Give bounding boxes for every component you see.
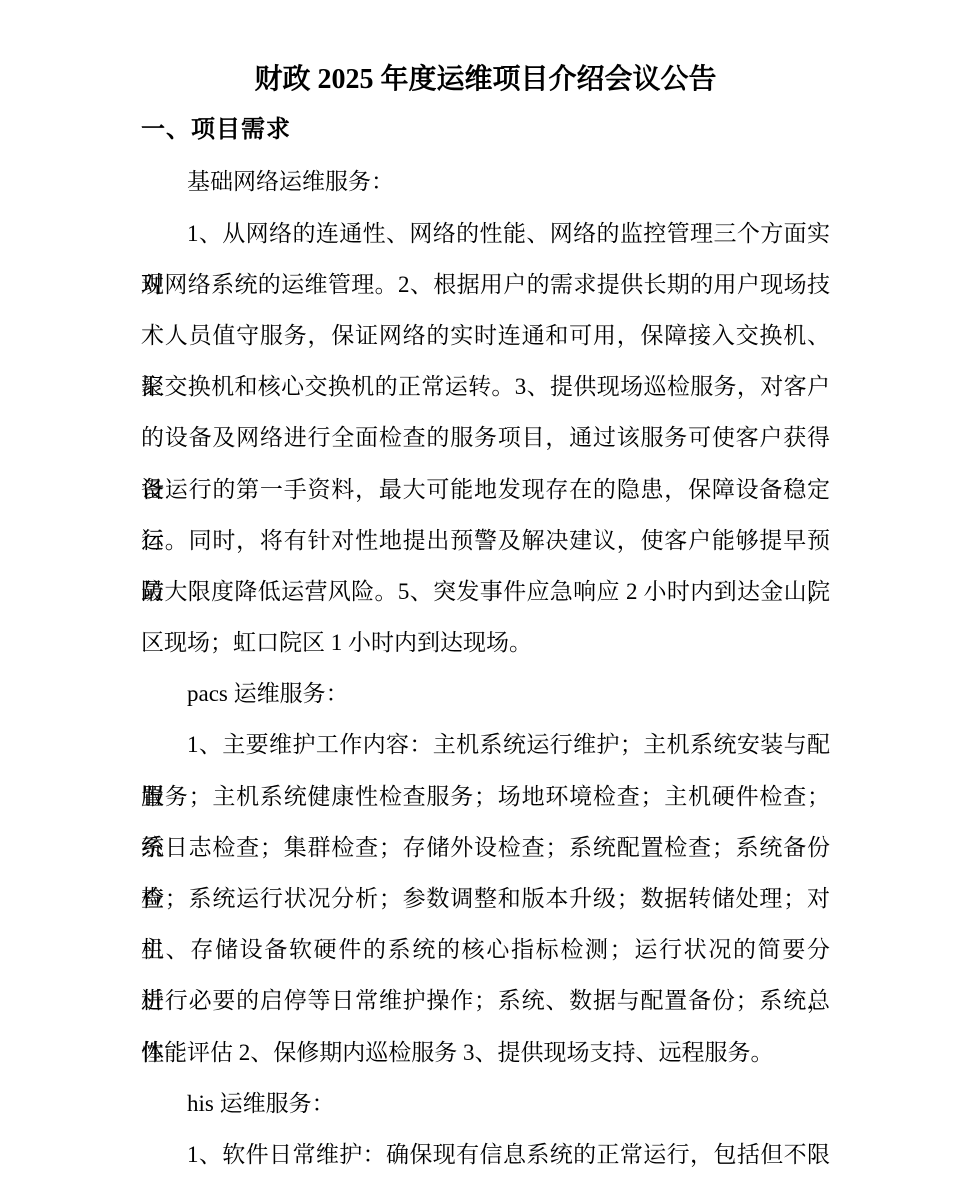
paragraph-line: 性能评估 2、保修期内巡检服务 3、提供现场支持、远程服务。 [141,1027,830,1078]
paragraph-his-label: his 运维服务： [141,1078,830,1129]
paragraph-line: 进行必要的启停等日常维护操作；系统、数据与配置备份；系统总体 [141,975,830,1026]
paragraph-line: 最大限度降低运营风险。5、突发事件应急响应 2 小时内到达金山院 [141,566,830,617]
paragraph-line: 聚交换机和核心交换机的正常运转。3、提供现场巡检服务，对客户 [141,361,830,412]
paragraph-line: 1、从网络的连通性、网络的性能、网络的监控管理三个方面实现 [141,208,830,259]
paragraph-basic-network-body: 1、从网络的连通性、网络的性能、网络的监控管理三个方面实现 对网络系统的运维管理… [141,208,830,669]
paragraph-line: 服务；主机系统健康性检查服务；场地环境检查；主机硬件检查；系 [141,771,830,822]
paragraph-line: 备运行的第一手资料，最大可能地发现存在的隐患，保障设备稳定运 [141,464,830,515]
paragraph-line: 区现场；虹口院区 1 小时内到达现场。 [141,617,830,668]
paragraph-line: 查；系统运行状况分析；参数调整和版本升级；数据转储处理；对主 [141,873,830,924]
document-page: 财政 2025 年度运维项目介绍会议公告 一、项目需求 基础网络运维服务： 1、… [0,0,969,1194]
paragraph-line: 1、软件日常维护：确保现有信息系统的正常运行，包括但不限于 [141,1129,830,1180]
paragraph-line: pacs 运维服务： [141,668,830,719]
paragraph-pacs-label: pacs 运维服务： [141,668,830,719]
paragraph-line: 术人员值守服务，保证网络的实时连通和可用，保障接入交换机、汇 [141,310,830,361]
paragraph-line: 行。同时，将有针对性地提出预警及解决建议，使客户能够提早预防， [141,515,830,566]
paragraph-line: 的设备及网络进行全面检查的服务项目，通过该服务可使客户获得设 [141,412,830,463]
paragraph-line: 机、存储设备软硬件的系统的核心指标检测；运行状况的简要分析， [141,924,830,975]
paragraph-his-body: 1、软件日常维护：确保现有信息系统的正常运行，包括但不限于 [141,1129,830,1180]
paragraph-line: his 运维服务： [141,1078,830,1129]
paragraph-line: 对网络系统的运维管理。2、根据用户的需求提供长期的用户现场技 [141,259,830,310]
paragraph-line: 基础网络运维服务： [141,156,830,207]
document-title: 财政 2025 年度运维项目介绍会议公告 [141,54,830,105]
paragraph-basic-network-label: 基础网络运维服务： [141,156,830,207]
paragraph-line: 1、主要维护工作内容：主机系统运行维护；主机系统安装与配置 [141,719,830,770]
paragraph-line: 统日志检查；集群检查；存储外设检查；系统配置检查；系统备份检 [141,822,830,873]
paragraph-pacs-body: 1、主要维护工作内容：主机系统运行维护；主机系统安装与配置 服务；主机系统健康性… [141,719,830,1077]
section-heading-project-requirements: 一、项目需求 [141,105,830,156]
